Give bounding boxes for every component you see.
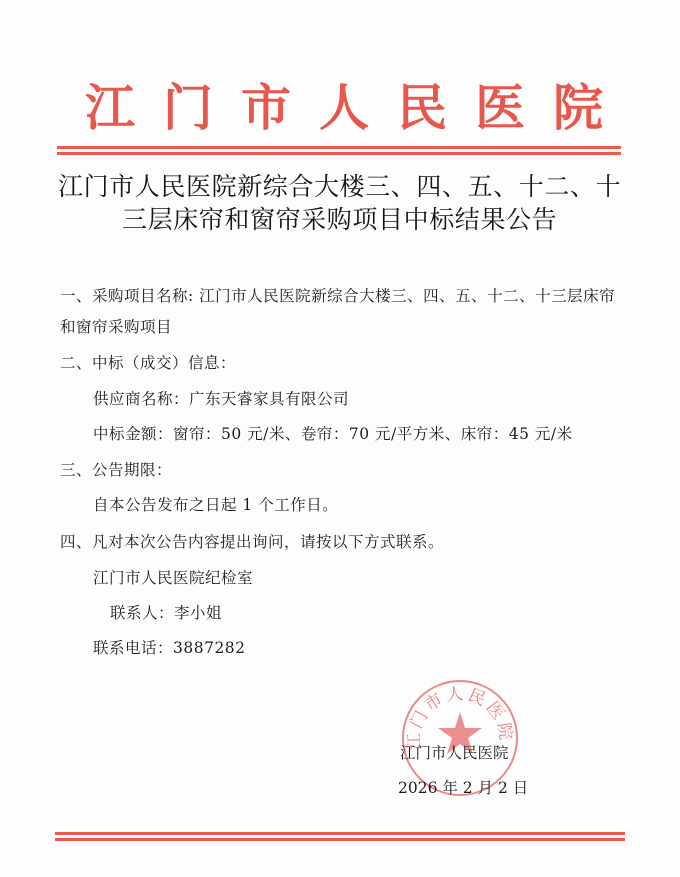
- letterhead-char: 人: [314, 83, 374, 133]
- section-3-heading: 三、公告期限：: [60, 460, 172, 480]
- top-rule-lower: [57, 152, 621, 155]
- section-1-project-name: 一、采购项目名称: 江门市人民医院新综合大楼三、四、五、十二、十三层床帘: [60, 286, 615, 306]
- section-1-project-name-cont: 和窗帘采购项目: [60, 317, 172, 337]
- bottom-rule-upper: [55, 832, 625, 835]
- signature-organization: 江门市人民医院: [400, 743, 509, 763]
- document-title-line-2: 三层床帘和窗帘采购项目中标结果公告: [122, 203, 680, 236]
- section-4-heading: 四、凡对本次公告内容提出询问，请按以下方式联系。: [60, 532, 444, 552]
- letterhead-char: 市: [236, 83, 296, 133]
- award-amount: 中标金额：窗帘：50 元/米、卷帘：70 元/平方米、床帘：45 元/米: [93, 424, 573, 444]
- contact-department: 江门市人民医院纪检室: [93, 568, 253, 588]
- announcement-period: 自本公告发布之日起 1 个工作日。: [93, 495, 338, 515]
- contact-phone: 联系电话：3887282: [93, 638, 246, 658]
- letterhead-char: 医: [470, 83, 530, 133]
- letterhead-char: 门: [158, 83, 218, 133]
- contact-person: 联系人：李小姐: [110, 603, 222, 623]
- top-rule-upper: [57, 146, 621, 149]
- letterhead-title: 江 门 市 人 民 医 院: [80, 78, 608, 138]
- signature-date: 2026 年 2 月 2 日: [398, 778, 528, 798]
- supplier-name: 供应商名称：广东天睿家具有限公司: [93, 389, 349, 409]
- letterhead-char: 江: [80, 83, 140, 133]
- document-title-line-1: 江门市人民医院新综合大楼三、四、五、十二、十: [58, 170, 628, 203]
- letterhead-char: 院: [548, 83, 608, 133]
- letterhead-char: 民: [392, 83, 452, 133]
- bottom-rule-lower: [55, 838, 625, 841]
- section-2-heading: 二、中标（成交）信息：: [60, 353, 236, 373]
